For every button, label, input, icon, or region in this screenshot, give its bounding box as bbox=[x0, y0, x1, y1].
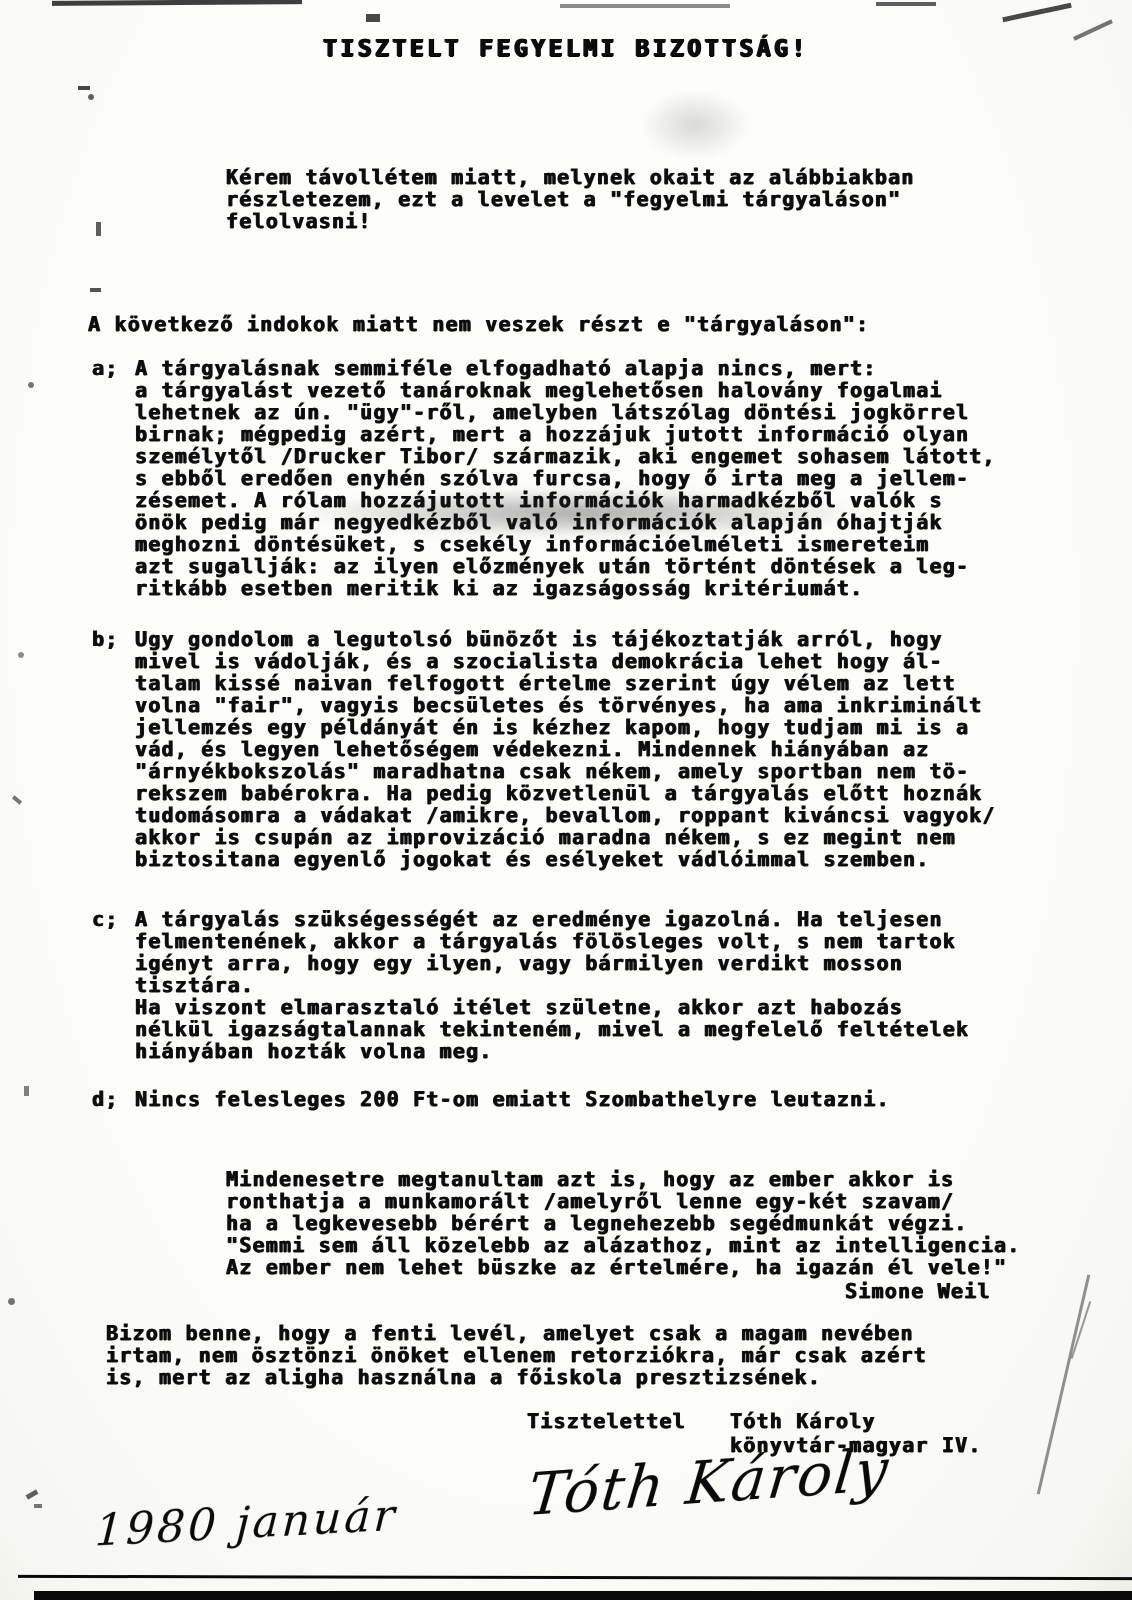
scan-artifact bbox=[24, 1086, 29, 1096]
item-a-label: a; bbox=[92, 357, 135, 599]
item-a: a; A tárgyalásnak semmiféle elfogadható … bbox=[92, 357, 1052, 599]
item-c: c; A tárgyalás szükségességét az eredmén… bbox=[92, 908, 1052, 1062]
scan-artifact bbox=[18, 652, 24, 658]
scan-artifact bbox=[560, 4, 730, 8]
item-c-label: c; bbox=[92, 908, 135, 1062]
valediction: Tisztelettel bbox=[527, 1410, 686, 1432]
scanned-letter-page: TISZTELT FEGYELMI BIZOTTSÁG! Kérem távol… bbox=[0, 0, 1132, 1600]
letter-title: TISZTELT FEGYELMI BIZOTTSÁG! bbox=[0, 38, 1132, 60]
item-d-text: Nincs felesleges 200 Ft-om emiatt Szomba… bbox=[135, 1088, 890, 1110]
scan-artifact bbox=[78, 86, 90, 90]
scan-artifact bbox=[34, 1504, 42, 1508]
signer-name-typed: Tóth Károly bbox=[730, 1410, 876, 1432]
item-b-label: b; bbox=[92, 628, 135, 870]
scan-artifact bbox=[96, 222, 101, 236]
item-d-label: d; bbox=[92, 1088, 135, 1110]
ink-smear bbox=[640, 90, 750, 160]
bottom-scan-line bbox=[18, 1575, 1132, 1580]
intro-line: A következő indokok miatt nem veszek rés… bbox=[88, 313, 988, 335]
bottom-scan-edge bbox=[34, 1591, 1132, 1600]
ink-smear bbox=[290, 488, 870, 538]
scan-artifact bbox=[1002, 3, 1072, 22]
scan-artifact bbox=[52, 0, 302, 6]
scan-artifact bbox=[88, 94, 94, 100]
handwritten-signature: Tóth Károly bbox=[525, 1435, 893, 1529]
item-b-text: Ugy gondolom a legutolsó bünözőt is tájé… bbox=[135, 628, 996, 870]
moral-attribution: Simone Weil bbox=[845, 1280, 991, 1302]
handwritten-date: 1980 január bbox=[94, 1490, 399, 1557]
scan-artifact bbox=[8, 1298, 15, 1305]
scan-artifact bbox=[366, 14, 380, 22]
scan-artifact bbox=[26, 1489, 39, 1499]
closing-paragraph: Bizom benne, hogy a fenti levél, amelyet… bbox=[106, 1322, 1066, 1388]
opening-paragraph: Kérem távollétem miatt, melynek okait az… bbox=[226, 166, 956, 232]
item-a-text: A tárgyalásnak semmiféle elfogadható ala… bbox=[135, 357, 996, 599]
item-b: b; Ugy gondolom a legutolsó bünözőt is t… bbox=[92, 628, 1052, 870]
moral-paragraph: Mindenesetre megtanultam azt is, hogy az… bbox=[226, 1168, 1036, 1278]
scan-artifact bbox=[876, 2, 936, 6]
item-d: d; Nincs felesleges 200 Ft-om emiatt Szo… bbox=[92, 1088, 1052, 1110]
scan-artifact bbox=[12, 795, 22, 804]
scan-artifact bbox=[28, 382, 34, 388]
item-c-text: A tárgyalás szükségességét az eredménye … bbox=[135, 908, 969, 1062]
scan-artifact bbox=[90, 288, 101, 292]
